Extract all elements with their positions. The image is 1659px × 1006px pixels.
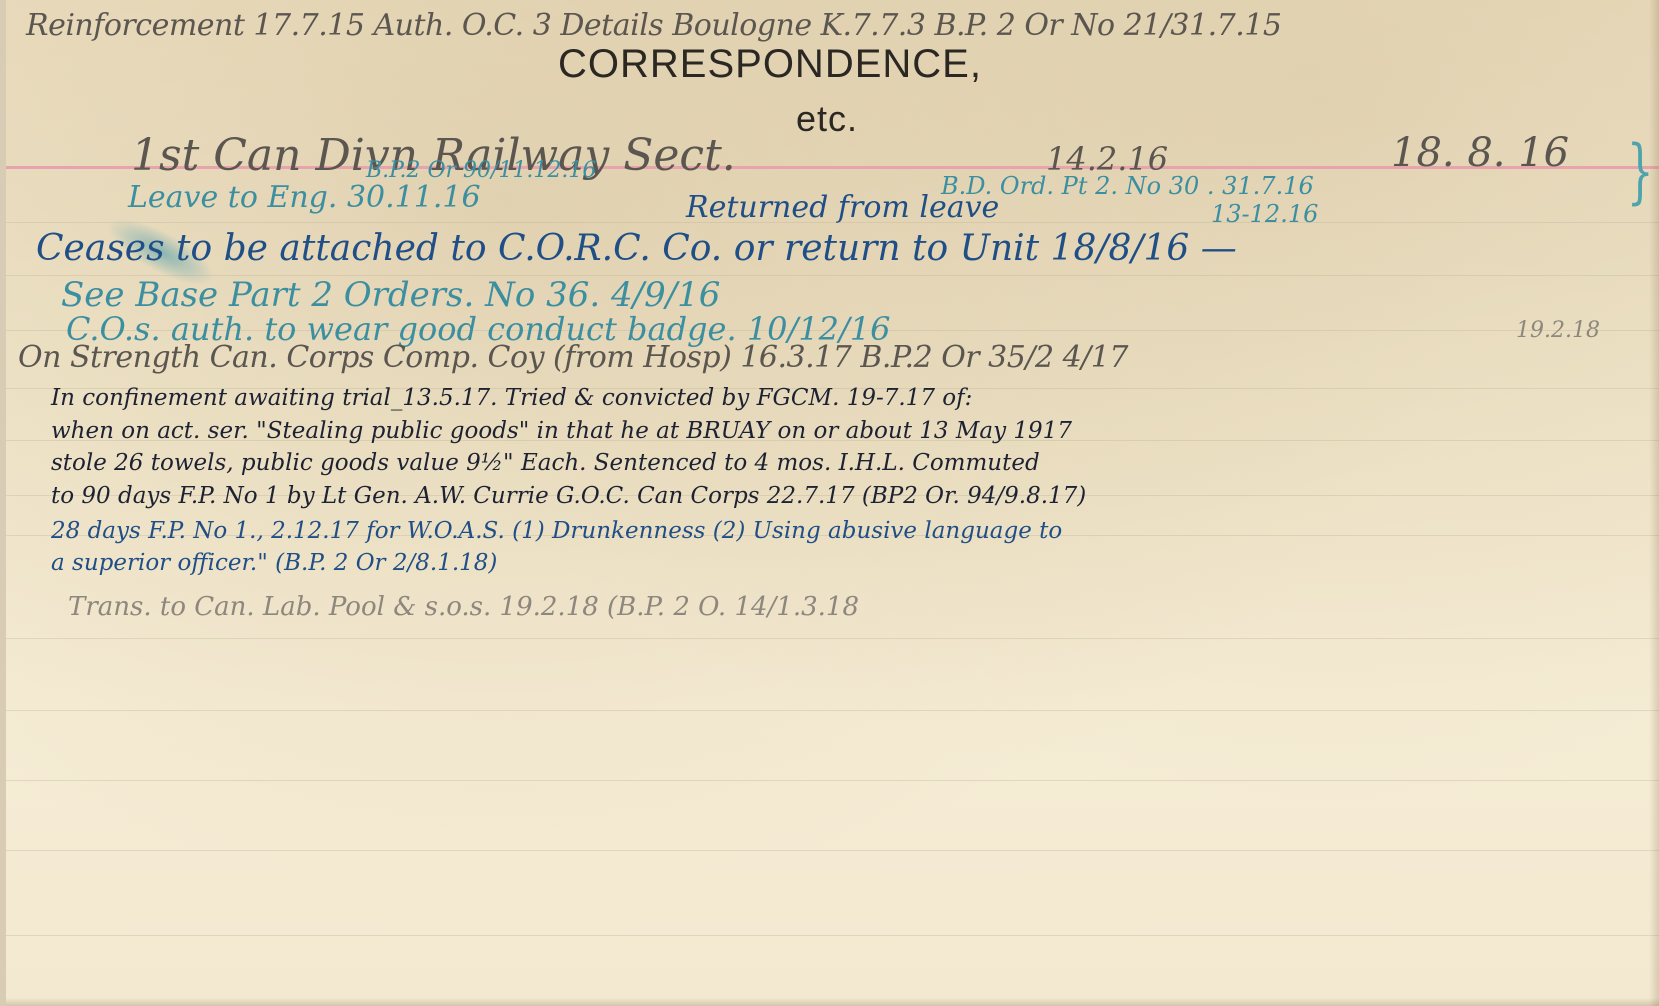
entry-returned-date: 13-12.16 bbox=[1211, 200, 1318, 228]
ruled-line bbox=[6, 935, 1659, 936]
entry-transfer: Trans. to Can. Lab. Pool & s.o.s. 19.2.1… bbox=[68, 592, 859, 622]
entry-see-base-orders: See Base Part 2 Orders. No 36. 4/9/16 bbox=[61, 275, 720, 315]
entry-charge-line-2: stole 26 towels, public goods value 9½" … bbox=[51, 450, 1040, 476]
entry-charge-line-3: to 90 days F.P. No 1 by Lt Gen. A.W. Cur… bbox=[51, 483, 1086, 509]
entry-charge-line-4: 28 days F.P. No 1., 2.12.17 for W.O.A.S.… bbox=[51, 518, 1062, 544]
ruled-line bbox=[6, 780, 1659, 781]
entry-ceases-attached: Ceases to be attached to C.O.R.C. Co. or… bbox=[36, 228, 1237, 269]
entry-returned: Returned from leave bbox=[686, 190, 999, 225]
ruled-line bbox=[6, 850, 1659, 851]
correspondence-record-card: CORRESPONDENCE, etc. Reinforcement 17.7.… bbox=[0, 0, 1659, 1006]
printed-subheading: etc. bbox=[796, 98, 858, 140]
card-bottom-edge bbox=[6, 998, 1659, 1006]
entry-small-date: 19.2.18 bbox=[1516, 318, 1600, 343]
entry-railway-date-2: 18. 8. 16 bbox=[1391, 130, 1569, 176]
printed-heading: CORRESPONDENCE, bbox=[558, 42, 982, 87]
entry-on-strength: On Strength Can. Corps Comp. Coy (from H… bbox=[18, 340, 1128, 375]
entry-charge-line-5: a superior officer." (B.P. 2 Or 2/8.1.18… bbox=[51, 550, 497, 576]
entry-charge-line-1: when on act. ser. "Stealing public goods… bbox=[51, 418, 1072, 444]
entry-leave: Leave to Eng. 30.11.16 bbox=[128, 180, 481, 215]
ruled-line bbox=[6, 638, 1659, 639]
ruled-line bbox=[6, 710, 1659, 711]
card-right-edge bbox=[1649, 0, 1659, 1006]
entry-reinforcement: Reinforcement 17.7.15 Auth. O.C. 3 Detai… bbox=[26, 8, 1281, 43]
entry-confinement: In confinement awaiting trial_13.5.17. T… bbox=[51, 385, 972, 411]
